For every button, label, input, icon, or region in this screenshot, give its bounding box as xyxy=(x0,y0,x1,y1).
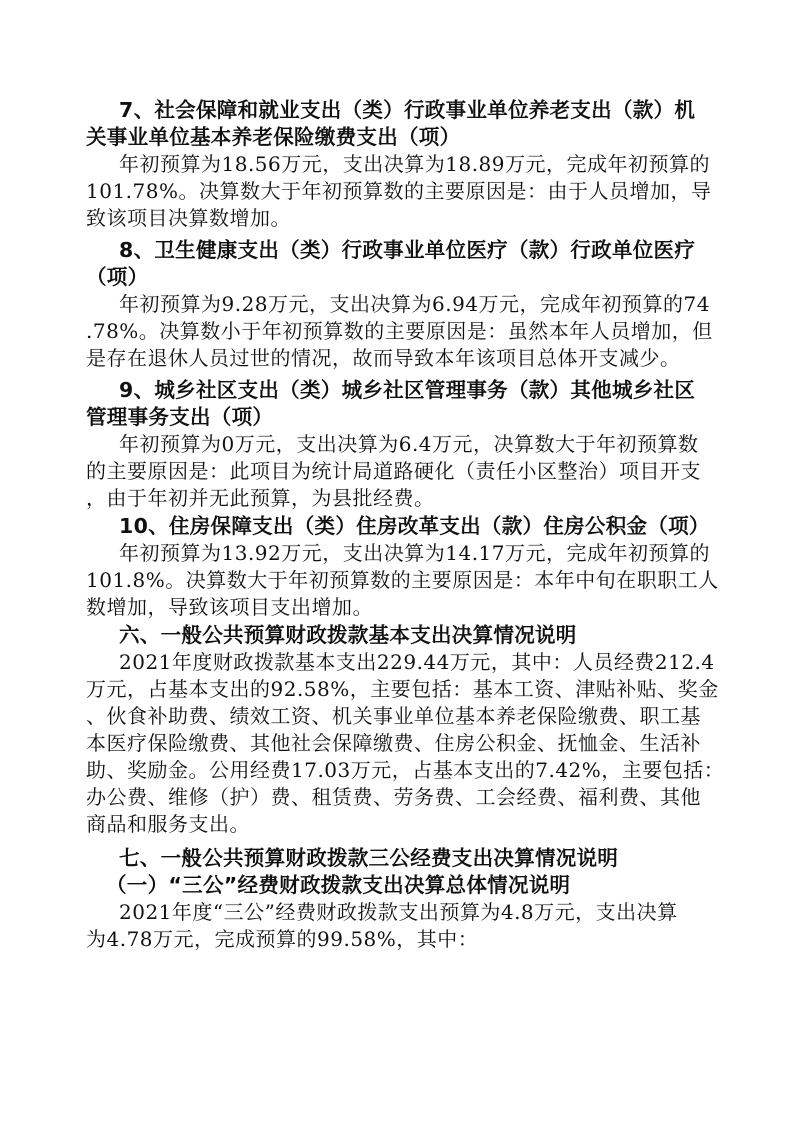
section-6-body-line-6: 办公费、维修（护）费、租赁费、劳务费、工会经费、福利费、其他 xyxy=(86,784,706,811)
section-6-body-line-5: 助、奖励金。公用经费17.03万元，占基本支出的7.42%，主要包括： xyxy=(86,757,706,784)
section-8-body-line-3: 是存在退休人员过世的情况，故而导致本年该项目总体开支减少。 xyxy=(86,345,706,372)
section-8-heading-line-2: （项） xyxy=(86,264,706,291)
section-7-heading-line-2: 关事业单位基本养老保险缴费支出（项） xyxy=(86,124,706,151)
section-8-heading-line-1: 8、卫生健康支出（类）行政事业单位医疗（款）行政单位医疗 xyxy=(86,237,739,264)
section-6-body-line-2: 万元，占基本支出的92.58%，主要包括：基本工资、津贴补贴、奖金 xyxy=(86,676,706,703)
three-public-body-line-2: 为4.78万元，完成预算的99.58%，其中： xyxy=(86,926,706,953)
section-6-body-line-4: 本医疗保险缴费、其他社会保障缴费、住房公积金、抚恤金、生活补 xyxy=(86,730,706,757)
section-7-subheading-1: （一）“三公”经费财政拨款支出决算总体情况说明 xyxy=(86,872,726,899)
section-7-body-line-2: 101.78%。决算数大于年初预算数的主要原因是：由于人员增加，导 xyxy=(86,178,706,205)
section-9-body-line-3: ，由于年初并无此预算，为县批经费。 xyxy=(86,485,706,512)
section-10-body-line-1: 年初预算为13.92万元，支出决算为14.17万元，完成年初预算的 xyxy=(86,540,739,567)
section-10-body-line-2: 101.8%。决算数大于年初预算数的主要原因是：本年中旬在职职工人 xyxy=(86,567,706,594)
section-10-body-line-3: 数增加，导致该项目支出增加。 xyxy=(86,594,706,621)
section-6-basic-expenditure-heading: 六、一般公共预算财政拨款基本支出决算情况说明 xyxy=(86,622,739,649)
section-7-body-line-1: 年初预算为18.56万元，支出决算为18.89万元，完成年初预算的 xyxy=(86,151,739,178)
section-7-body-line-3: 致该项目决算数增加。 xyxy=(86,205,706,232)
section-6-body-line-1: 2021年度财政拨款基本支出229.44万元，其中：人员经费212.4 xyxy=(86,649,739,676)
section-7-heading-line-1: 7、社会保障和就业支出（类）行政事业单位养老支出（款）机 xyxy=(86,97,739,124)
section-9-heading-line-1: 9、城乡社区支出（类）城乡社区管理事务（款）其他城乡社区 xyxy=(86,377,739,404)
section-6-body-line-3: 、伙食补助费、绩效工资、机关事业单位基本养老保险缴费、职工基 xyxy=(86,703,706,730)
section-7-three-public-heading: 七、一般公共预算财政拨款三公经费支出决算情况说明 xyxy=(86,845,739,872)
three-public-body-line-1: 2021年度“三公”经费财政拨款支出预算为4.8万元，支出决算 xyxy=(86,899,739,926)
section-6-body-line-7: 商品和服务支出。 xyxy=(86,811,706,838)
section-10-heading: 10、住房保障支出（类）住房改革支出（款）住房公积金（项） xyxy=(86,513,739,540)
section-9-heading-line-2: 管理事务支出（项） xyxy=(86,404,706,431)
section-9-body-line-2: 的主要原因是：此项目为统计局道路硬化（责任小区整治）项目开支 xyxy=(86,458,706,485)
section-9-body-line-1: 年初预算为0万元，支出决算为6.4万元，决算数大于年初预算数 xyxy=(86,431,739,458)
section-8-body-line-1: 年初预算为9.28万元，支出决算为6.94万元，完成年初预算的74 xyxy=(86,291,739,318)
document-page: 7、社会保障和就业支出（类）行政事业单位养老支出（款）机 关事业单位基本养老保险… xyxy=(0,0,793,1122)
section-8-body-line-2: .78%。决算数小于年初预算数的主要原因是：虽然本年人员增加，但 xyxy=(86,318,706,345)
